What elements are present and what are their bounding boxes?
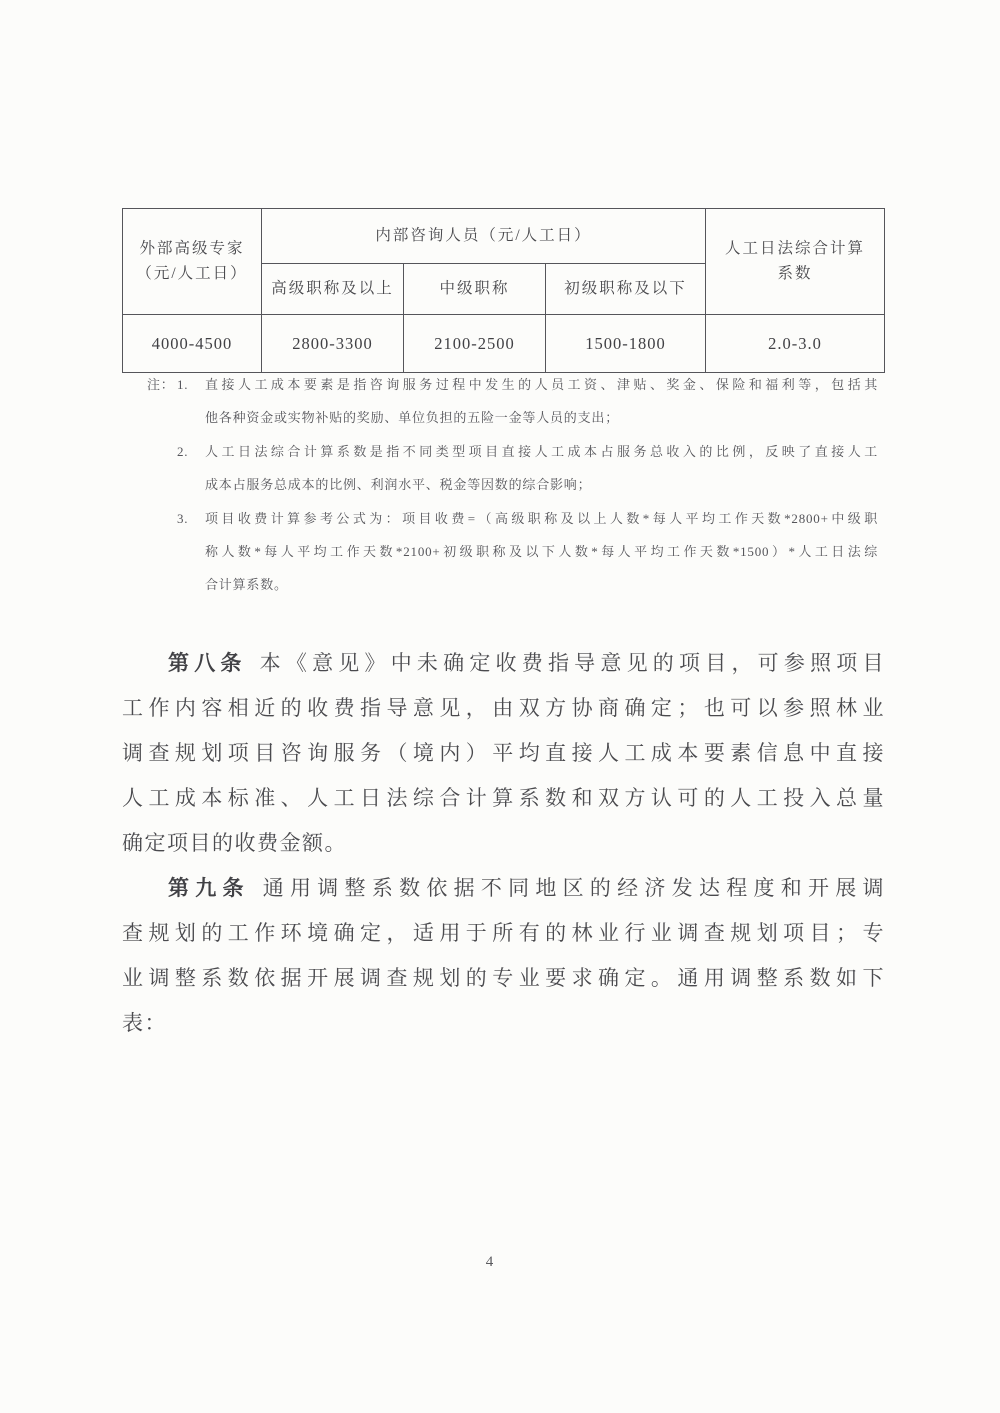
note-1-number: 1. <box>177 368 188 401</box>
clause-8-heading: 第八条 <box>168 651 247 675</box>
notes-label: 注： <box>147 368 175 401</box>
clause-9-line-1-text: 通用调整系数依据不同地区的经济发达程度和开展调 <box>263 876 885 900</box>
value-external-expert: 4000-4500 <box>123 315 262 373</box>
note-item-3: 3. 项目收费计算参考公式为：项目收费=（高级职称及以上人数*每人平均工作天数*… <box>147 502 878 602</box>
clause-9-heading: 第九条 <box>168 876 250 900</box>
note-2-number: 2. <box>177 435 188 468</box>
header-external-expert: 外部高级专家 （元/人工日） <box>123 209 262 315</box>
clause-8: 第八条本《意见》中未确定收费指导意见的项目，可参照项目 工作内容相近的收费指导意… <box>122 641 885 866</box>
clause-8-line-1-text: 本《意见》中未确定收费指导意见的项目，可参照项目 <box>260 651 885 675</box>
header-junior-title: 初级职称及以下 <box>546 264 706 315</box>
note-1-line-1: 直接人工成本要素是指咨询服务过程中发生的人员工资、津贴、奖金、保险和福利等，包括… <box>205 368 878 401</box>
clause-9: 第九条通用调整系数依据不同地区的经济发达程度和开展调 查规划的工作环境确定，适用… <box>122 866 885 1046</box>
note-2-line-1: 人工日法综合计算系数是指不同类型项目直接人工成本占服务总收入的比例，反映了直接人… <box>205 435 878 468</box>
clause-9-line-1: 第九条通用调整系数依据不同地区的经济发达程度和开展调 <box>122 866 885 911</box>
note-3-line-3: 合计算系数。 <box>205 568 878 601</box>
note-1-line-2: 他各种资金或实物补贴的奖励、单位负担的五险一金等人员的支出； <box>205 401 878 434</box>
clause-9-line-2: 查规划的工作环境确定，适用于所有的林业行业调查规划项目；专 <box>122 911 885 956</box>
page-number: 4 <box>0 1254 980 1271</box>
clause-8-line-5: 确定项目的收费金额。 <box>122 821 885 866</box>
value-senior-title: 2800-3300 <box>262 315 404 373</box>
clause-8-line-1: 第八条本《意见》中未确定收费指导意见的项目，可参照项目 <box>122 641 885 686</box>
header-external-expert-line2: （元/人工日） <box>129 262 255 286</box>
value-coefficient: 2.0-3.0 <box>706 315 885 373</box>
fee-standard-table-wrap: 外部高级专家 （元/人工日） 内部咨询人员（元/人工日） 人工日法综合计算 系数… <box>122 208 884 373</box>
clause-9-line-3: 业调整系数依据开展调查规划的专业要求确定。通用调整系数如下 <box>122 956 885 1001</box>
note-3-number: 3. <box>177 502 188 535</box>
header-external-expert-line1: 外部高级专家 <box>129 237 255 261</box>
document-page: 外部高级专家 （元/人工日） 内部咨询人员（元/人工日） 人工日法综合计算 系数… <box>0 0 1000 1413</box>
note-item-1: 注： 1. 直接人工成本要素是指咨询服务过程中发生的人员工资、津贴、奖金、保险和… <box>147 368 878 435</box>
note-item-2: 2. 人工日法综合计算系数是指不同类型项目直接人工成本占服务总收入的比例，反映了… <box>147 435 878 502</box>
fee-standard-table: 外部高级专家 （元/人工日） 内部咨询人员（元/人工日） 人工日法综合计算 系数… <box>122 208 885 373</box>
clause-8-line-3: 调查规划项目咨询服务（境内）平均直接人工成本要素信息中直接 <box>122 731 885 776</box>
table-notes: 注： 1. 直接人工成本要素是指咨询服务过程中发生的人员工资、津贴、奖金、保险和… <box>147 368 878 602</box>
header-labor-day-coefficient: 人工日法综合计算 系数 <box>706 209 885 315</box>
header-senior-title: 高级职称及以上 <box>262 264 404 315</box>
note-3-line-1: 项目收费计算参考公式为：项目收费=（高级职称及以上人数*每人平均工作天数*280… <box>205 502 878 535</box>
value-mid-title: 2100-2500 <box>404 315 546 373</box>
value-junior-title: 1500-1800 <box>546 315 706 373</box>
note-3-line-2: 称人数*每人平均工作天数*2100+初级职称及以下人数*每人平均工作天数*150… <box>205 535 878 568</box>
body-text: 第八条本《意见》中未确定收费指导意见的项目，可参照项目 工作内容相近的收费指导意… <box>122 641 885 1046</box>
clause-8-line-4: 人工成本标准、人工日法综合计算系数和双方认可的人工投入总量 <box>122 776 885 821</box>
header-mid-title: 中级职称 <box>404 264 546 315</box>
header-labor-day-coefficient-line2: 系数 <box>712 262 878 286</box>
clause-8-line-2: 工作内容相近的收费指导意见，由双方协商确定；也可以参照林业 <box>122 686 885 731</box>
clause-9-line-4: 表： <box>122 1001 885 1046</box>
header-internal-consultant-group: 内部咨询人员（元/人工日） <box>262 209 706 264</box>
note-2-line-2: 成本占服务总成本的比例、利润水平、税金等因数的综合影响； <box>205 468 878 501</box>
header-labor-day-coefficient-line1: 人工日法综合计算 <box>712 237 878 261</box>
